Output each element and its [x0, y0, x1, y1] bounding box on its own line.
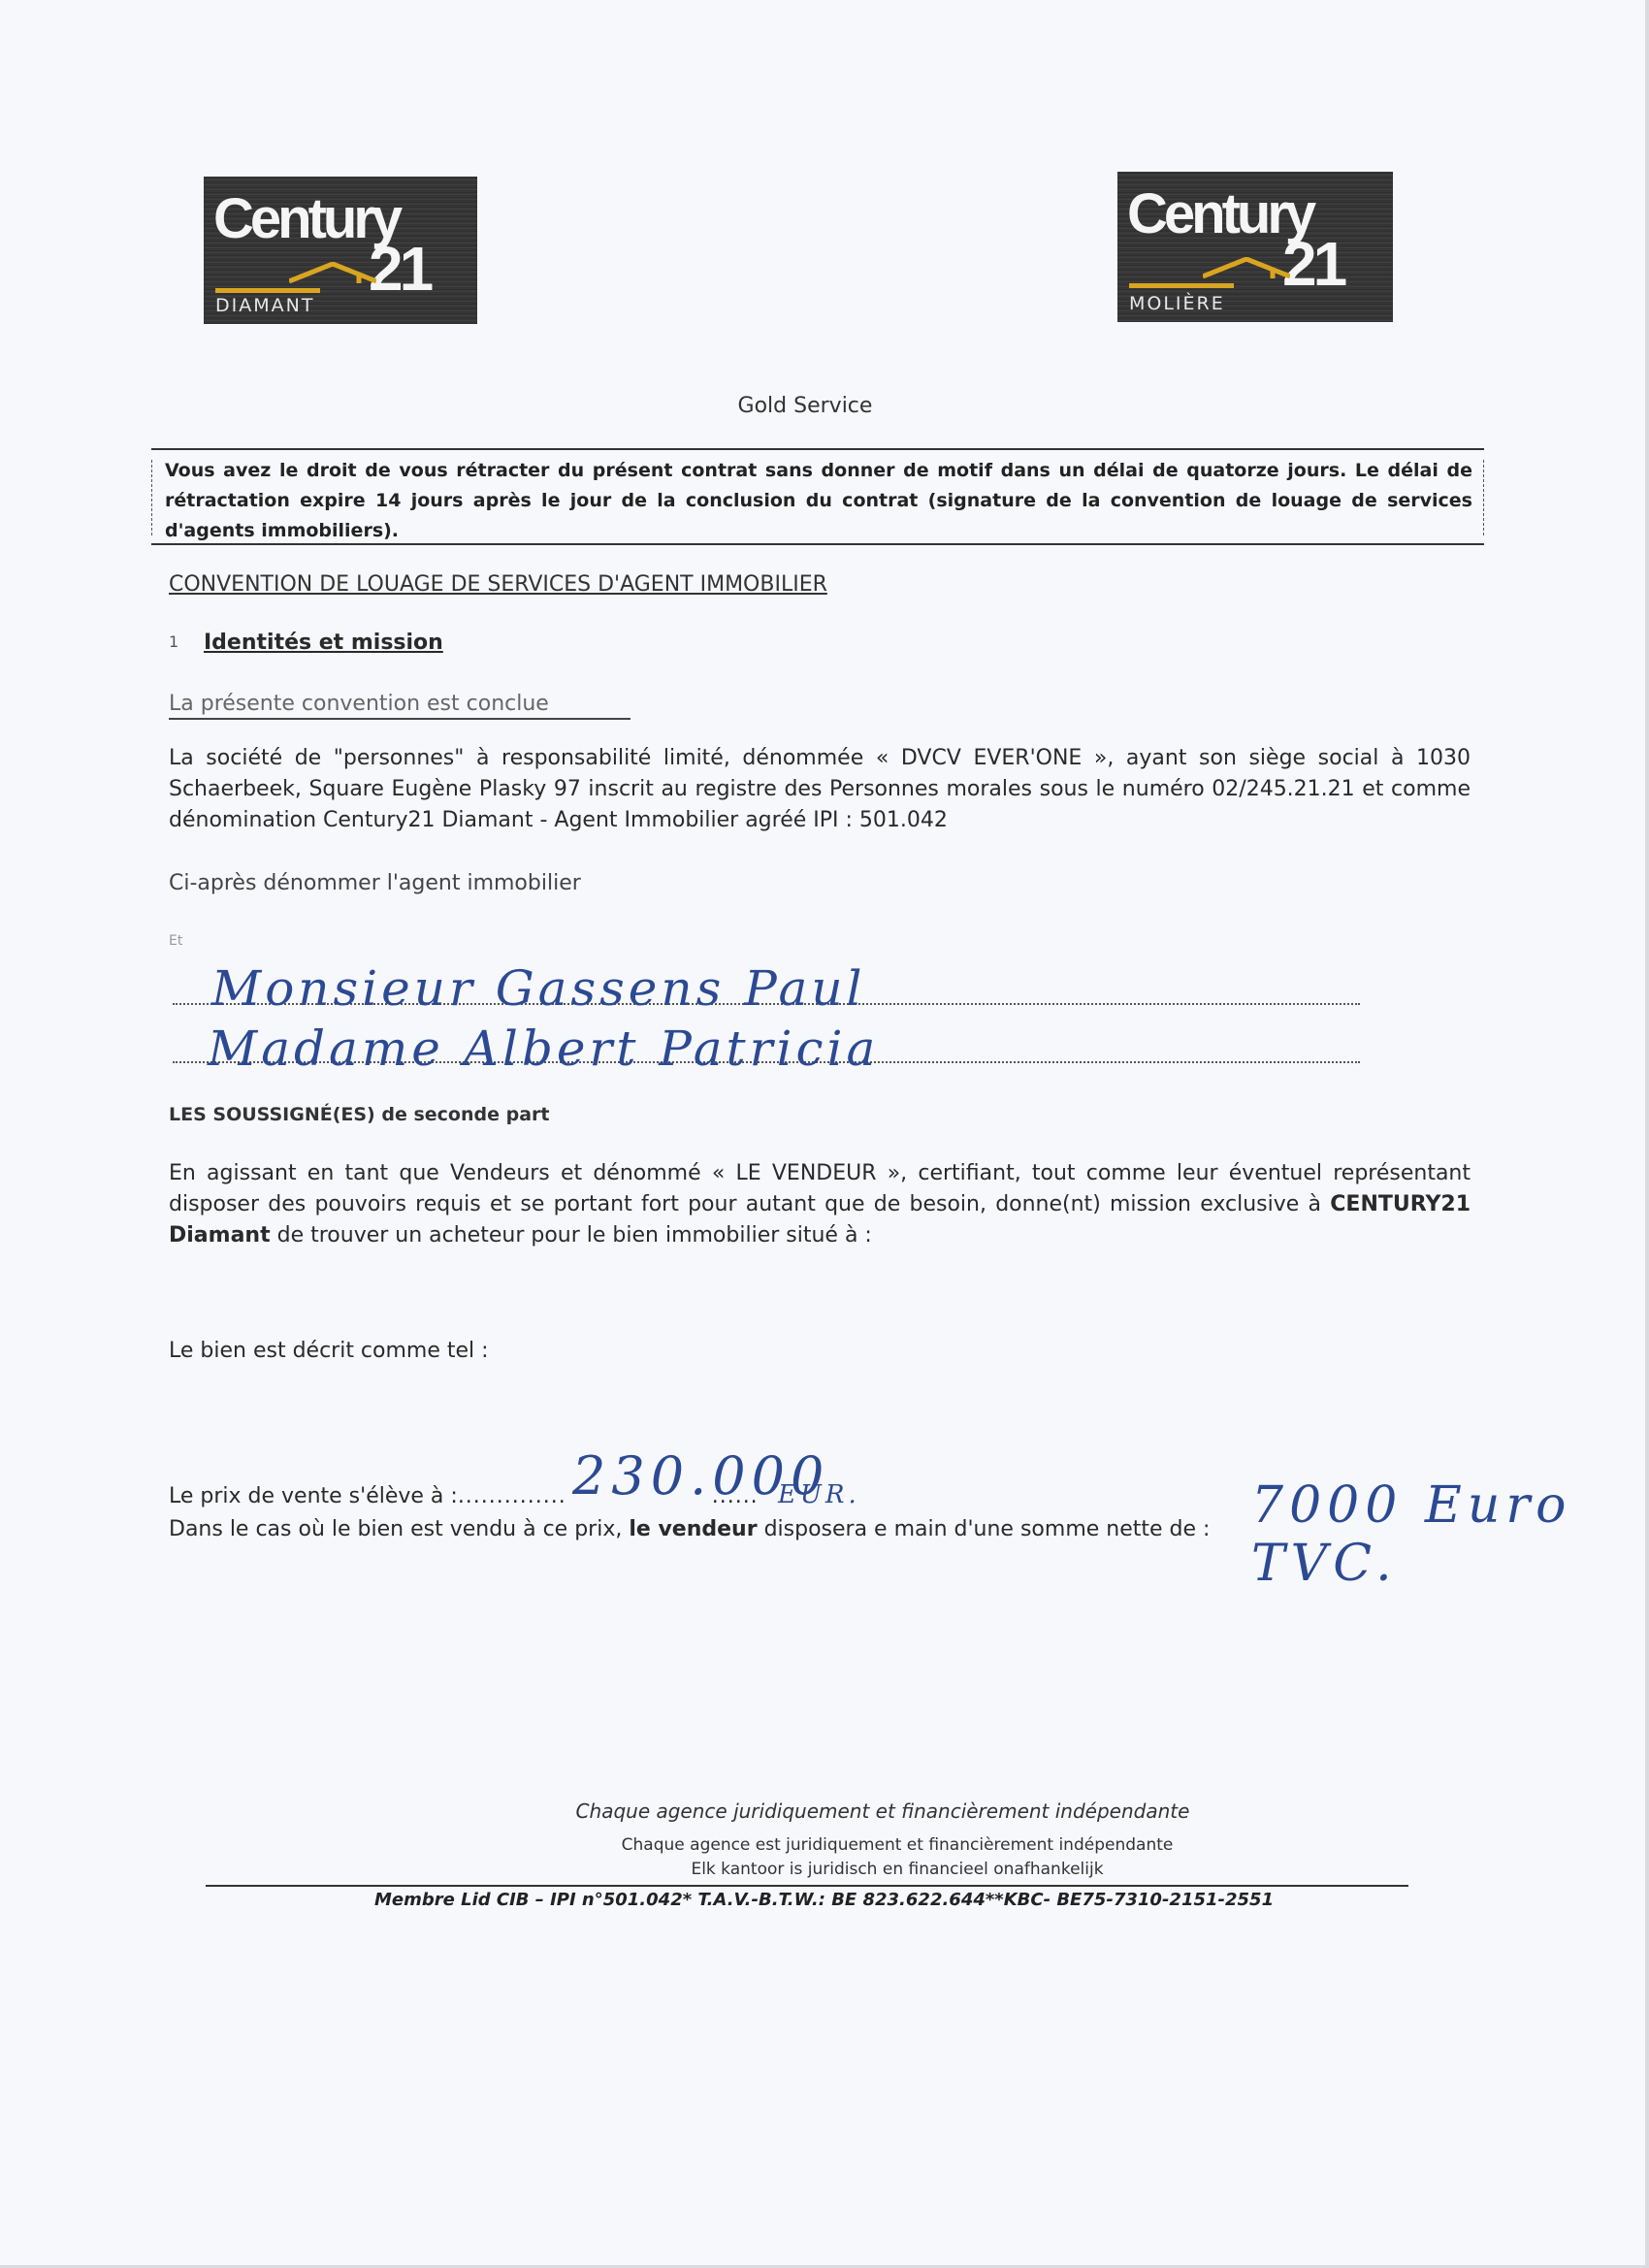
- century21-diamant-logo: Century 21 DIAMANT: [204, 177, 477, 324]
- section-number: 1: [169, 632, 178, 651]
- section-heading: Identités et mission: [204, 631, 443, 655]
- property-description-label: Le bien est décrit comme tel :: [169, 1339, 489, 1363]
- house-roof-icon: [1203, 257, 1290, 278]
- handwritten-net-amount: 7000 Euro TVC.: [1251, 1476, 1649, 1593]
- logo-number: 21: [1282, 228, 1343, 300]
- footer-divider: [206, 1885, 1408, 1887]
- footer-independence-nl: Elk kantoor is juridisch en financieel o…: [0, 1860, 1649, 1879]
- logo-office-name: MOLIÈRE: [1129, 293, 1225, 314]
- price-dotted-field[interactable]: ..............: [458, 1484, 566, 1508]
- handwritten-party-2: Madame Albert Patricia: [208, 1021, 879, 1077]
- seller-mission-paragraph: En agissant en tant que Vendeurs et déno…: [169, 1158, 1471, 1251]
- footer-legal-info: Membre Lid CIB – IPI n°501.042* T.A.V.-B…: [374, 1890, 1274, 1910]
- seller-mission-text: disposer des pouvoirs requis et se porta…: [169, 1192, 1321, 1216]
- notice-border-right: [1483, 460, 1484, 535]
- handwritten-currency: EUR.: [778, 1480, 860, 1509]
- footer-independence-fr: Chaque agence est juridiquement et finan…: [0, 1835, 1649, 1855]
- and-label: Et: [169, 933, 182, 949]
- agent-identity-line: La société de "personnes" à responsabili…: [169, 746, 1471, 770]
- logo-ground-line: [215, 288, 320, 293]
- page-edge: [1645, 0, 1649, 2268]
- handwritten-party-1: Monsieur Gassens Paul: [211, 960, 866, 1017]
- century21-moliere-logo: Century 21 MOLIÈRE: [1117, 172, 1393, 322]
- sale-price-label: Le prix de vente s'élève à :: [169, 1484, 458, 1508]
- seller-mission-text: de trouver un acheteur pour le bien immo…: [277, 1223, 872, 1247]
- footer-independence-fr-italic: Chaque agence juridiquement et financièr…: [0, 1799, 1649, 1823]
- house-roof-icon: [289, 262, 376, 283]
- seller-mission-text: En agissant en tant que Vendeurs et déno…: [169, 1161, 1471, 1185]
- retraction-notice: Vous avez le droit de vous rétracter du …: [151, 448, 1484, 545]
- second-party-heading: LES SOUSSIGNÉ(ES) de seconde part: [169, 1104, 549, 1125]
- service-label: Gold Service: [0, 394, 1610, 418]
- net-amount-text: disposera e main d'une somme nette de :: [764, 1517, 1211, 1541]
- agent-identity-line: Schaerbeek, Square Eugène Plasky 97 insc…: [169, 777, 1383, 801]
- logo-office-name: DIAMANT: [215, 295, 314, 316]
- agent-designation: Ci-après dénommer l'agent immobilier: [169, 871, 581, 895]
- notice-border-left: [151, 460, 152, 535]
- net-amount-text: Dans le cas où le bien est vendu à ce pr…: [169, 1517, 622, 1541]
- logo-ground-line: [1129, 283, 1234, 288]
- convention-intro: La présente convention est conclue: [169, 692, 630, 720]
- agent-identity-paragraph: La société de "personnes" à responsabili…: [169, 743, 1471, 836]
- document-title: CONVENTION DE LOUAGE DE SERVICES D'AGENT…: [169, 572, 827, 597]
- logo-number: 21: [369, 233, 430, 305]
- brand-name: CENTURY21: [1330, 1192, 1471, 1216]
- retraction-notice-text: Vous avez le droit de vous rétracter du …: [165, 456, 1472, 546]
- net-amount-line: Dans le cas où le bien est vendu à ce pr…: [169, 1517, 1210, 1541]
- office-name: Diamant: [169, 1223, 271, 1247]
- seller-term: le vendeur: [629, 1517, 757, 1541]
